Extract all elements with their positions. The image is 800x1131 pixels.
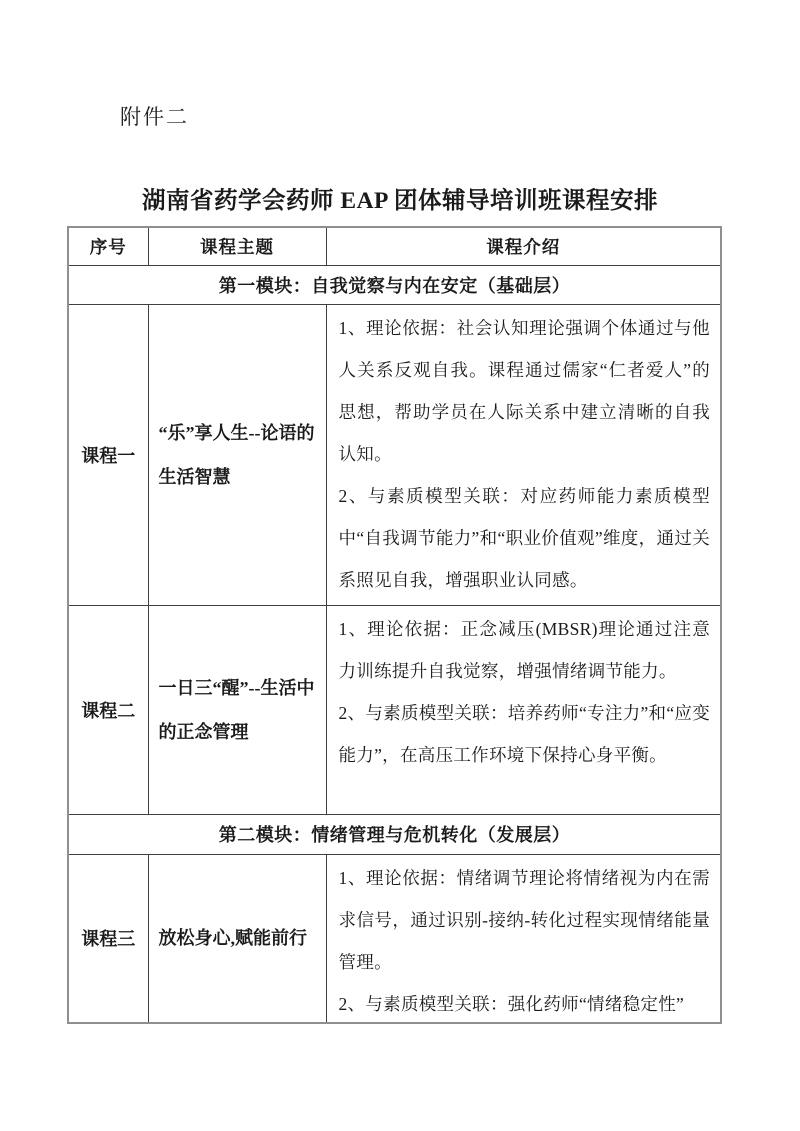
module-title-2: 第二模块：情绪管理与危机转化（发展层） (68, 814, 721, 854)
course-number: 课程三 (68, 854, 148, 1023)
course-topic: 放松身心,赋能前行 (148, 854, 326, 1023)
course-intro: 1、理论依据：社会认知理论强调个体通过与他人关系反观自我。课程通过儒家“仁者爱人… (326, 304, 721, 605)
module-row-1: 第一模块：自我觉察与内在安定（基础层） (68, 265, 721, 304)
document-page: 附件二 湖南省药学会药师 EAP 团体辅导培训班课程安排 序号 课程主题 课程介… (0, 0, 800, 1131)
course-topic: “乐”享人生--论语的生活智慧 (148, 304, 326, 605)
attachment-label: 附件二 (120, 101, 189, 131)
table-row-course-2: 课程二 一日三“醒”--生活中的正念管理 1、理论依据：正念减压(MBSR)理论… (68, 605, 721, 814)
intro-paragraph: 1、理论依据：正念减压(MBSR)理论通过注意力训练提升自我觉察，增强情绪调节能… (339, 608, 711, 692)
course-intro-text: 1、理论依据：正念减压(MBSR)理论通过注意力训练提升自我觉察，增强情绪调节能… (339, 608, 711, 776)
course-intro-text: 1、理论依据：情绪调节理论将情绪视为内在需求信号，通过识别-接纳-转化过程实现情… (339, 857, 711, 1022)
course-number: 课程二 (68, 605, 148, 814)
header-cell-intro: 课程介绍 (326, 227, 721, 265)
header-cell-number: 序号 (68, 227, 148, 265)
intro-paragraph: 2、与素质模型关联：强化药师“情绪稳定性” (339, 983, 711, 1022)
course-number: 课程一 (68, 304, 148, 605)
intro-paragraph: 2、与素质模型关联：对应药师能力素质模型中“自我调节能力”和“职业价值观”维度，… (339, 475, 711, 601)
course-intro: 1、理论依据：正念减压(MBSR)理论通过注意力训练提升自我觉察，增强情绪调节能… (326, 605, 721, 814)
page-title: 湖南省药学会药师 EAP 团体辅导培训班课程安排 (0, 181, 800, 215)
intro-paragraph: 1、理论依据：社会认知理论强调个体通过与他人关系反观自我。课程通过儒家“仁者爱人… (339, 307, 711, 475)
course-intro-text: 1、理论依据：社会认知理论强调个体通过与他人关系反观自我。课程通过儒家“仁者爱人… (339, 307, 711, 601)
table-row-course-3: 课程三 放松身心,赋能前行 1、理论依据：情绪调节理论将情绪视为内在需求信号，通… (68, 854, 721, 1023)
course-topic: 一日三“醒”--生活中的正念管理 (148, 605, 326, 814)
header-cell-topic: 课程主题 (148, 227, 326, 265)
course-schedule-table: 序号 课程主题 课程介绍 第一模块：自我觉察与内在安定（基础层） 课程一 “乐”… (67, 226, 722, 1024)
table-row-course-1: 课程一 “乐”享人生--论语的生活智慧 1、理论依据：社会认知理论强调个体通过与… (68, 304, 721, 605)
module-title-1: 第一模块：自我觉察与内在安定（基础层） (68, 265, 721, 304)
intro-paragraph: 1、理论依据：情绪调节理论将情绪视为内在需求信号，通过识别-接纳-转化过程实现情… (339, 857, 711, 983)
module-row-2: 第二模块：情绪管理与危机转化（发展层） (68, 814, 721, 854)
intro-paragraph: 2、与素质模型关联：培养药师“专注力”和“应变能力”，在高压工作环境下保持心身平… (339, 692, 711, 776)
course-intro: 1、理论依据：情绪调节理论将情绪视为内在需求信号，通过识别-接纳-转化过程实现情… (326, 854, 721, 1023)
table-header-row: 序号 课程主题 课程介绍 (68, 227, 721, 265)
